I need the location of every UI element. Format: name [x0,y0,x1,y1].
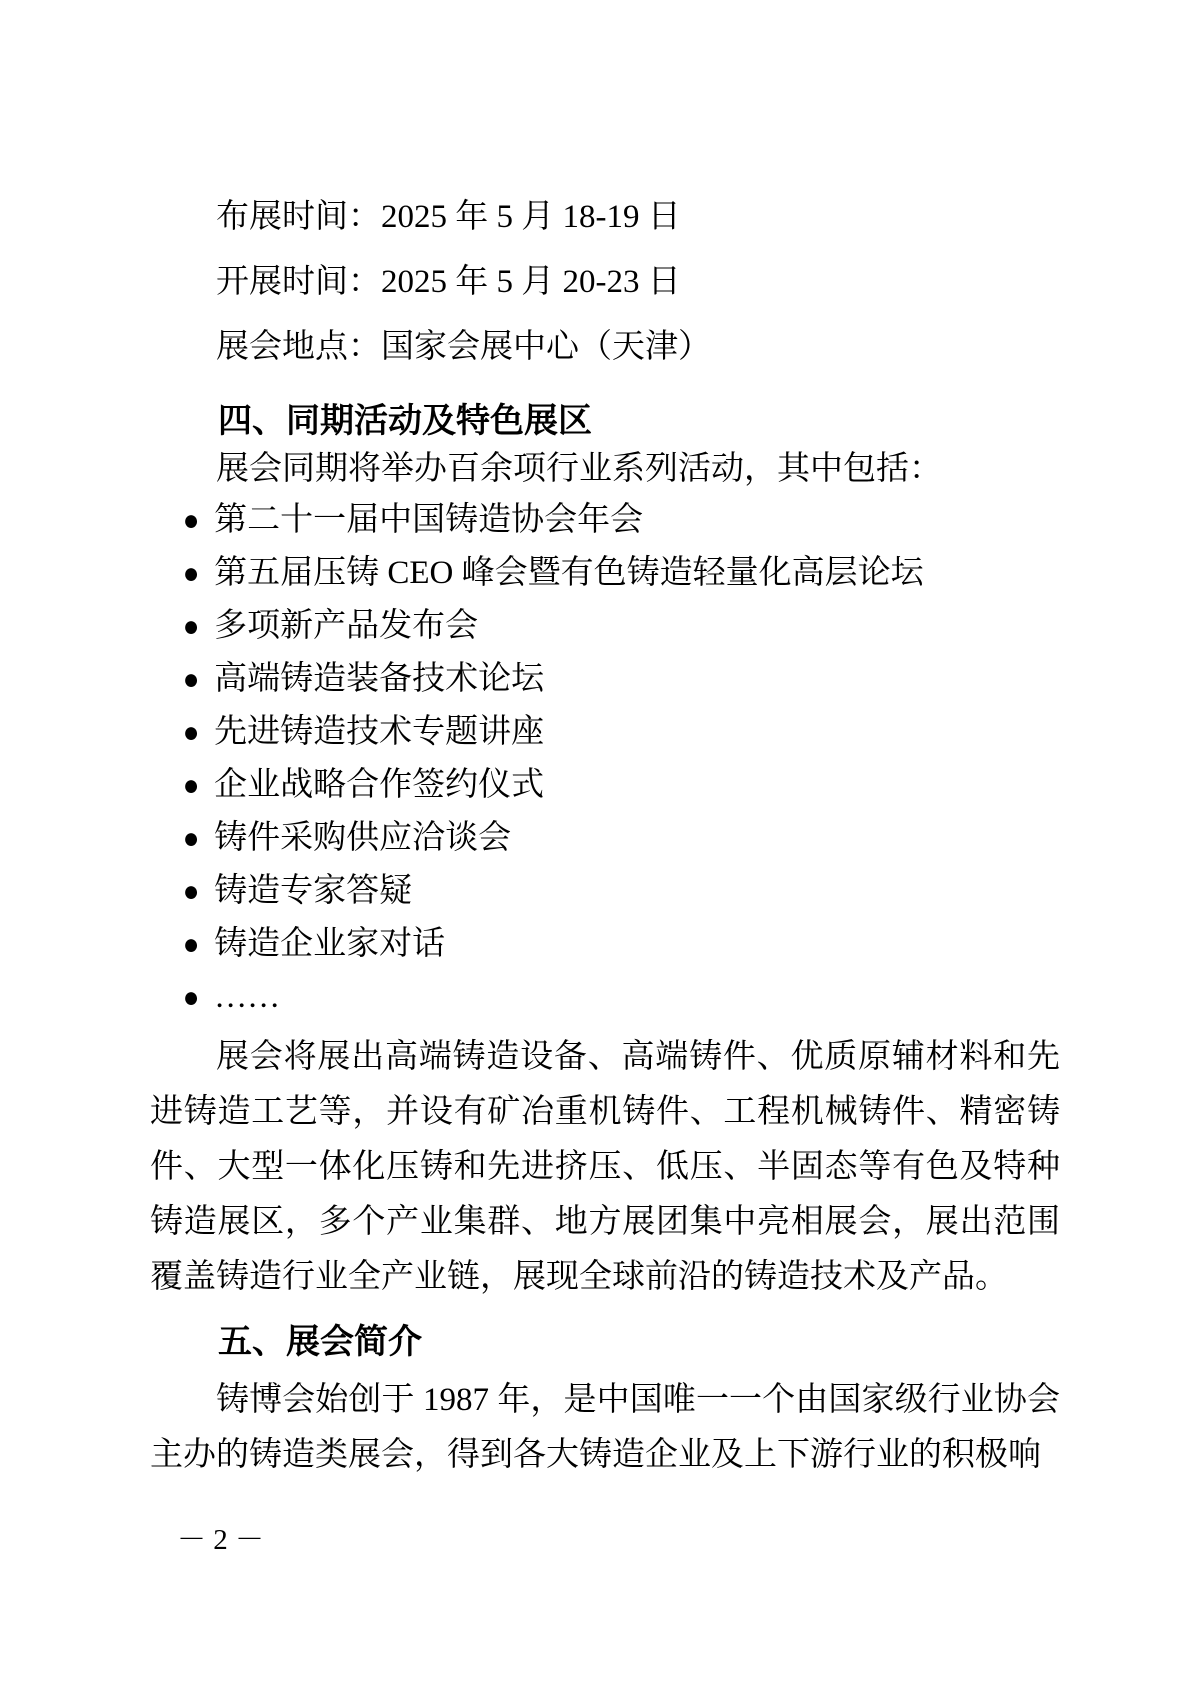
list-item-label: 先进铸造技术专题讲座 [214,714,544,750]
section4-heading: 四、同期活动及特色展区 [150,398,1060,444]
list-item-label: 第五届压铸 CEO 峰会暨有色铸造轻量化高层论坛 [214,555,924,591]
list-item: ●高端铸造装备技术论坛 [182,653,1060,706]
bullet-icon: ● [183,919,200,971]
bullet-icon: ● [183,654,200,706]
list-item: ●多项新产品发布会 [182,600,1060,653]
opening-time-line: 开展时间：2025 年 5 月 20-23 日 [150,250,1060,315]
section4-intro: 展会同期将举办百余项行业系列活动，其中包括： [150,444,1060,494]
list-item: ●铸造企业家对话 [182,918,1060,971]
list-item-label: 铸造专家答疑 [214,873,412,909]
bullet-icon: ● [183,601,200,653]
bullet-icon: ● [183,548,200,600]
bullet-icon: ● [183,495,200,547]
page-number: － 2 － [177,1522,264,1558]
list-item-label: 铸件采购供应洽谈会 [214,820,511,856]
bullet-icon: ● [183,866,200,918]
list-item: ●铸件采购供应洽谈会 [182,812,1060,865]
list-item-label: …… [214,979,280,1015]
section5-heading: 五、展会简介 [150,1319,1060,1365]
list-item-label: 多项新产品发布会 [214,608,478,644]
activity-list: ●第二十一届中国铸造协会年会 ●第五届压铸 CEO 峰会暨有色铸造轻量化高层论坛… [150,494,1060,1024]
list-item: ●第五届压铸 CEO 峰会暨有色铸造轻量化高层论坛 [182,547,1060,600]
list-item: ●铸造专家答疑 [182,865,1060,918]
venue-line: 展会地点：国家会展中心（天津） [150,315,1060,380]
bullet-icon: ● [183,760,200,812]
list-item: ●第二十一届中国铸造协会年会 [182,494,1060,547]
list-item: ●企业战略合作签约仪式 [182,759,1060,812]
list-item-label: 铸造企业家对话 [214,926,445,962]
document-page: 布展时间：2025 年 5 月 18-19 日 开展时间：2025 年 5 月 … [0,0,1200,1697]
list-item-label: 企业战略合作签约仪式 [214,767,544,803]
bullet-icon: ● [183,972,200,1024]
section4-paragraph: 展会将展出高端铸造设备、高端铸件、优质原辅材料和先进铸造工艺等，并设有矿冶重机铸… [150,1030,1060,1305]
list-item-label: 高端铸造装备技术论坛 [214,661,544,697]
list-item: ●先进铸造技术专题讲座 [182,706,1060,759]
list-item: ●…… [182,971,1060,1024]
bullet-icon: ● [183,707,200,759]
section5-paragraph: 铸博会始创于 1987 年，是中国唯一一个由国家级行业协会主办的铸造类展会，得到… [150,1373,1060,1483]
setup-time-line: 布展时间：2025 年 5 月 18-19 日 [150,185,1060,250]
list-item-label: 第二十一届中国铸造协会年会 [214,502,643,538]
bullet-icon: ● [183,813,200,865]
page-content: 布展时间：2025 年 5 月 18-19 日 开展时间：2025 年 5 月 … [150,185,1060,1483]
